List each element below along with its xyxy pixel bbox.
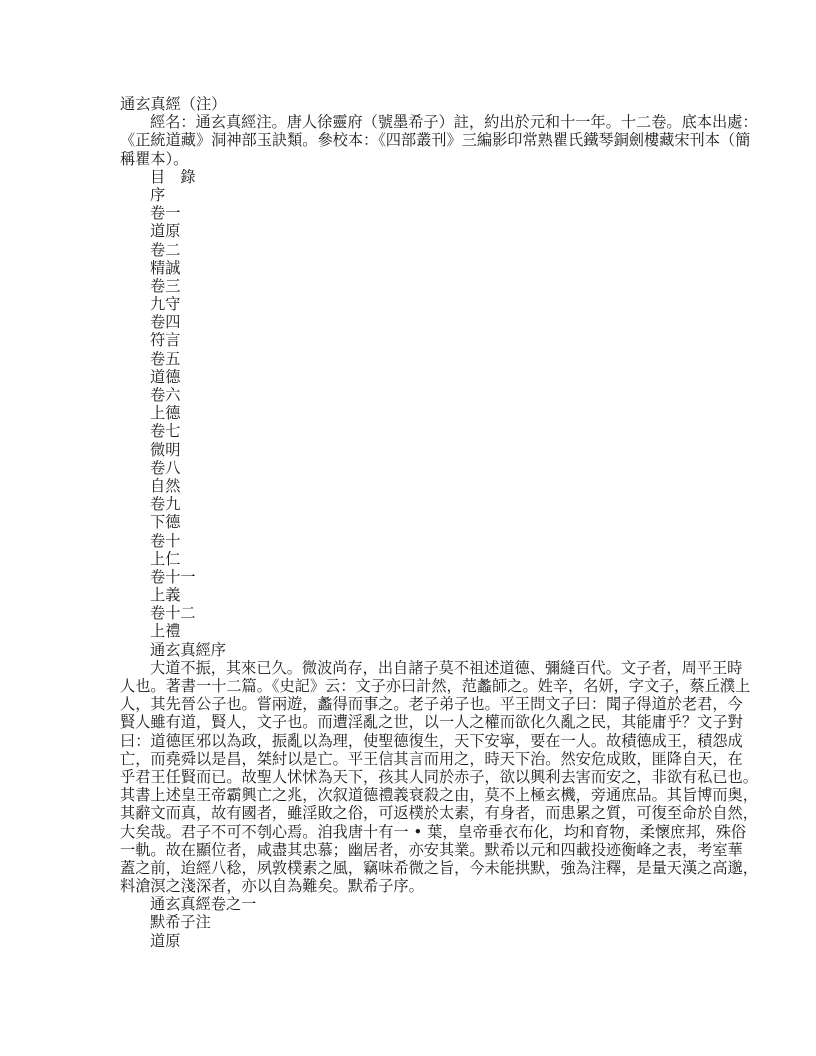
toc-item: 卷六: [120, 386, 710, 404]
toc-item: 下德: [120, 513, 710, 531]
toc-item: 卷三: [120, 277, 710, 295]
preface-title: 通玄真經序: [120, 641, 710, 659]
preface-line: 料滄溟之淺深者，亦以自為難矣。默希子序。: [120, 877, 710, 895]
toc-item: 卷十: [120, 532, 710, 550]
toc-item: 道德: [120, 368, 710, 386]
toc-item: 卷二: [120, 241, 710, 259]
toc-item: 卷十二: [120, 604, 710, 622]
preface-body: 大道不振，其來已久。微波尚存，出自諸子莫不祖述道德、彌縫百代。文子者，周平王時 …: [120, 659, 710, 895]
preface-line: 乎君王任賢而已。故聖人怵怵為天下，孩其人同於赤子，欲以興利去害而安之，非欲有私已…: [120, 768, 706, 786]
document-title: 通玄真經（注）: [120, 95, 710, 113]
preface-line: 曰：道德匡邪以為政，振亂以為理，使聖德復生，天下安寧，要在一人。故積德成王，積怨…: [120, 732, 706, 750]
toc-item: 卷八: [120, 459, 710, 477]
toc-heading: 目 錄: [120, 168, 710, 186]
preface-line: 其書上述皇王帝霸興亡之兆，次叙道德禮義衰殺之由，莫不上極玄機，旁通庶品。其旨博而…: [120, 786, 706, 804]
toc-item: 符言: [120, 331, 710, 349]
intro-line: 《正統道藏》洞神部玉訣類。參校本：《四部叢刊》三編影印常熟瞿氏鐵琴銅劍樓藏宋刊本…: [120, 131, 706, 149]
preface-line: 亡，而堯舜以是昌，桀紂以是亡。平王信其言而用之，時天下治。然安危成敗，匪降自天，…: [120, 750, 706, 768]
table-of-contents: 序 卷一 道原 卷二 精誠 卷三 九守 卷四 符言 卷五 道德 卷六 上德 卷七…: [120, 186, 710, 641]
preface-line: 蓋之前，迨經八稔，夙敦樸素之風，竊味希微之旨，今未能拱默，強為注釋，是量天漢之高…: [120, 859, 706, 877]
toc-item: 上德: [120, 404, 710, 422]
toc-item: 道原: [120, 222, 710, 240]
preface-line: 大道不振，其來已久。微波尚存，出自諸子莫不祖述道德、彌縫百代。文子者，周平王時: [120, 659, 706, 677]
toc-item: 上禮: [120, 622, 710, 640]
toc-item: 卷五: [120, 350, 710, 368]
intro-line: 稱瞿本）。: [120, 150, 710, 168]
toc-item: 卷七: [120, 422, 710, 440]
toc-item: 微明: [120, 441, 710, 459]
toc-item: 上仁: [120, 550, 710, 568]
toc-item: 卷九: [120, 495, 710, 513]
document-page: 通玄真經（注） 經名：通玄真經注。唐人徐靈府（號墨希子）註，約出於元和十一年。十…: [120, 95, 710, 950]
toc-item: 卷十一: [120, 568, 710, 586]
preface-line: 一軌。故在顯位者，咸盡其忠慕；幽居者，亦安其業。默希以元和四載投迹衡峰之表，考室…: [120, 841, 706, 859]
preface-line: 大矣哉。君子不可不刳心焉。洎我唐十有一 • 葉，皇帝垂衣布化，均和育物，柔懷庶邦…: [120, 823, 706, 841]
toc-item: 上義: [120, 586, 710, 604]
preface-line: 賢人雖有道，賢人，文子也。而遭淫亂之世，以一人之權而欲化久亂之民，其能庸乎？文子…: [120, 713, 706, 731]
chapter-title: 通玄真經卷之一: [120, 895, 710, 913]
toc-item: 九守: [120, 295, 710, 313]
intro-line: 經名：通玄真經注。唐人徐靈府（號墨希子）註，約出於元和十一年。十二卷。底本出處：: [120, 113, 706, 131]
chapter-author: 默希子注: [120, 913, 710, 931]
toc-item: 精誠: [120, 259, 710, 277]
toc-item: 卷一: [120, 204, 710, 222]
chapter-section: 道原: [120, 932, 710, 950]
preface-line: 人也。著書一十二篇。《史記》云：文子亦曰計然，范蠡師之。姓辛，名妍，字文子，蔡丘…: [120, 677, 706, 695]
toc-item: 序: [120, 186, 710, 204]
toc-item: 卷四: [120, 313, 710, 331]
toc-item: 自然: [120, 477, 710, 495]
preface-line: 人，其先晉公子也。嘗兩遊，蠡得而事之。老子弟子也。平王問文子曰：聞子得道於老君，…: [120, 695, 706, 713]
preface-line: 其辭文而真，故有國者，雖淫敗之俗，可返樸於太素，有身者，而患累之質，可復至命於自…: [120, 804, 706, 822]
